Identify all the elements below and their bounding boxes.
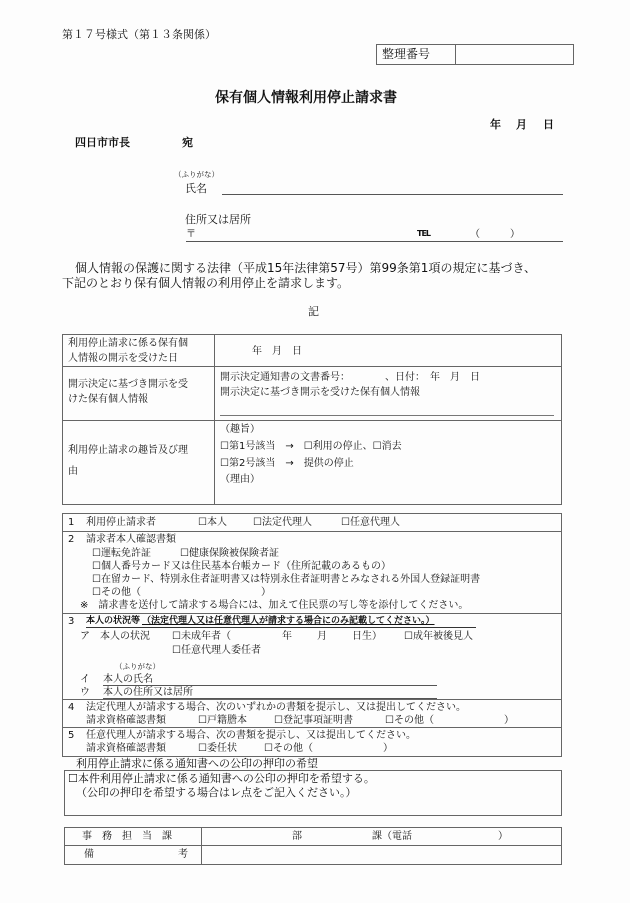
minor-checkbox[interactable]: ☐未成年者（ — [172, 630, 231, 643]
purpose-option-1-checkbox[interactable]: ☐第1号該当 → ☐利用の停止、☐消去 — [220, 440, 402, 453]
disclosure-date-label-1: 利用停止請求に係る保有個 — [68, 337, 188, 350]
my-number-card-checkbox[interactable]: ☐個人番号カード又は住民基本台帳カード（住所記載のあるもの） — [92, 560, 391, 573]
section-2-label: 請求者本人確認書類 — [86, 533, 176, 546]
divider — [64, 845, 562, 846]
name-underline — [222, 194, 563, 195]
section-3-underline — [86, 627, 476, 628]
purpose-heading: （趣旨） — [220, 423, 260, 436]
principal-address-marker: ウ — [80, 686, 90, 699]
divider — [62, 699, 562, 700]
tel-field[interactable]: （ ） — [470, 228, 520, 241]
divider — [62, 531, 562, 532]
page-title: 保有個人情報利用停止請求書 — [215, 90, 397, 107]
power-of-attorney-checkbox[interactable]: ☐委任状 — [198, 742, 237, 755]
divider — [62, 420, 562, 421]
form-number: 第１７号様式（第１３条関係） — [62, 28, 216, 42]
birth-month: 月 — [317, 630, 327, 643]
birth-year: 年 — [282, 630, 292, 643]
department-bu: 部 — [292, 830, 302, 843]
section-4-other-checkbox[interactable]: ☐その他（ ） — [385, 714, 514, 727]
intro-line-1: 個人情報の保護に関する法律（平成15年法律第57号）第99条第1項の規定に基づき… — [75, 260, 536, 276]
principal-status-label: ア 本人の状況 — [80, 630, 150, 643]
adult-ward-checkbox[interactable]: ☐成年被後見人 — [404, 630, 473, 643]
divider — [62, 366, 562, 367]
date-year: 年 — [490, 118, 501, 132]
department-ka-tel: 課（電話 — [372, 830, 412, 843]
section-5-docs-label: 請求資格確認書類 — [86, 742, 166, 755]
principal-furigana-label: （ふりがな） — [115, 662, 160, 672]
ki-label: 記 — [308, 305, 319, 319]
remarks-label-right: 考 — [178, 848, 188, 861]
remarks-label-left: 備 — [84, 848, 94, 861]
furigana-label: （ふりがな） — [174, 170, 219, 180]
address-underline — [186, 241, 563, 242]
other-id-checkbox[interactable]: ☐その他（ ） — [92, 586, 271, 599]
name-field[interactable] — [222, 180, 562, 194]
family-register-checkbox[interactable]: ☐戸籍謄本 — [198, 714, 247, 727]
section-5-number: 5 — [68, 729, 74, 742]
department-label: 事 務 担 当 課 — [82, 830, 172, 843]
section-1-label: 利用停止請求者 — [86, 516, 156, 529]
principal-address-underline — [103, 698, 437, 699]
reason-heading: （理由） — [220, 473, 260, 486]
date-day: 日 — [543, 118, 554, 132]
seal-request-note: （公印の押印を希望する場合はレ点をご記入ください。） — [76, 786, 357, 800]
disclosed-info-label-2: けた保有個人情報 — [68, 393, 148, 406]
requester-voluntary-rep-checkbox[interactable]: ☐任意代理人 — [341, 516, 400, 529]
seal-heading: 利用停止請求に係る通知書への公印の押印の希望 — [76, 757, 318, 771]
mail-request-note: ※ 請求書を送付して請求する場合には、加えて住民票の写し等を添付してください。 — [80, 599, 468, 612]
divider — [201, 827, 202, 865]
divider — [62, 727, 562, 728]
purpose-reason-label-2: 由 — [68, 465, 78, 478]
address-field[interactable] — [186, 226, 416, 241]
seal-request-checkbox[interactable]: ☐本件利用停止請求に係る通知書への公印の押印を希望する。 — [68, 772, 375, 786]
address-label: 住所又は居所 — [185, 213, 251, 227]
requester-legal-rep-checkbox[interactable]: ☐法定代理人 — [253, 516, 312, 529]
disclosed-info-field[interactable] — [220, 400, 554, 415]
section-4-label: 法定代理人が請求する場合、次のいずれかの書類を提示し、又は提出してください。 — [86, 701, 466, 714]
disclosed-info-caption: 開示決定に基づき開示を受けた保有個人情報 — [220, 386, 420, 399]
disclosed-info-underline — [220, 415, 554, 416]
reason-field[interactable] — [220, 487, 556, 502]
tel-label: TEL — [417, 229, 430, 238]
remarks-field[interactable] — [205, 847, 559, 863]
principal-name-marker: イ — [80, 673, 90, 686]
principal-address-field[interactable] — [200, 685, 436, 698]
section-4-docs-label: 請求資格確認書類 — [86, 714, 166, 727]
registry-certificate-checkbox[interactable]: ☐登記事項証明書 — [274, 714, 353, 727]
purpose-reason-label-1: 利用停止請求の趣旨及び理 — [68, 444, 188, 457]
voluntary-principal-checkbox[interactable]: ☐任意代理人委任者 — [172, 644, 261, 657]
date-month: 月 — [516, 118, 527, 132]
reference-number-label: 整理番号 — [382, 46, 430, 62]
principal-name-field[interactable] — [180, 672, 436, 685]
department-tel-close: ） — [498, 830, 508, 843]
section-3-number: 3 — [68, 615, 74, 628]
section-5-other-checkbox[interactable]: ☐その他（ ） — [264, 742, 393, 755]
name-label: 氏名 — [185, 182, 207, 196]
addressee-suffix: 宛 — [182, 136, 193, 150]
health-insurance-checkbox[interactable]: ☐健康保険被保険者証 — [180, 547, 279, 560]
intro-line-2: 下記のとおり保有個人情報の利用停止を請求します。 — [62, 275, 349, 291]
section-5-label: 任意代理人が請求する場合、次の書類を提示し、又は提出してください。 — [86, 729, 416, 742]
disclosed-info-label-1: 開示決定に基づき開示を受 — [68, 378, 188, 391]
notice-document-number-field[interactable]: 開示決定通知書の文書番号： 、日付： 年 月 日 — [220, 371, 480, 384]
requester-self-checkbox[interactable]: ☐本人 — [198, 516, 227, 529]
purpose-option-2-checkbox[interactable]: ☐第2号該当 → 提供の停止 — [220, 457, 354, 470]
section-2-number: 2 — [68, 533, 74, 546]
section-4-number: 4 — [68, 701, 74, 714]
residence-card-checkbox[interactable]: ☐在留カード、特別永住者証明書又は特別永住者証明書とみなされる外国人登録証明書 — [92, 573, 480, 586]
drivers-license-checkbox[interactable]: ☐運転免許証 — [92, 547, 151, 560]
addressee: 四日市市長 — [75, 136, 130, 150]
reference-number-field[interactable] — [460, 46, 570, 62]
disclosure-date-label-2: 人情報の開示を受けた日 — [68, 352, 178, 365]
disclosure-date-field[interactable]: 年 月 日 — [252, 345, 302, 358]
section-1-number: 1 — [68, 516, 74, 529]
birth-day: 日生） — [352, 630, 382, 643]
divider — [62, 613, 562, 614]
divider — [455, 44, 456, 65]
